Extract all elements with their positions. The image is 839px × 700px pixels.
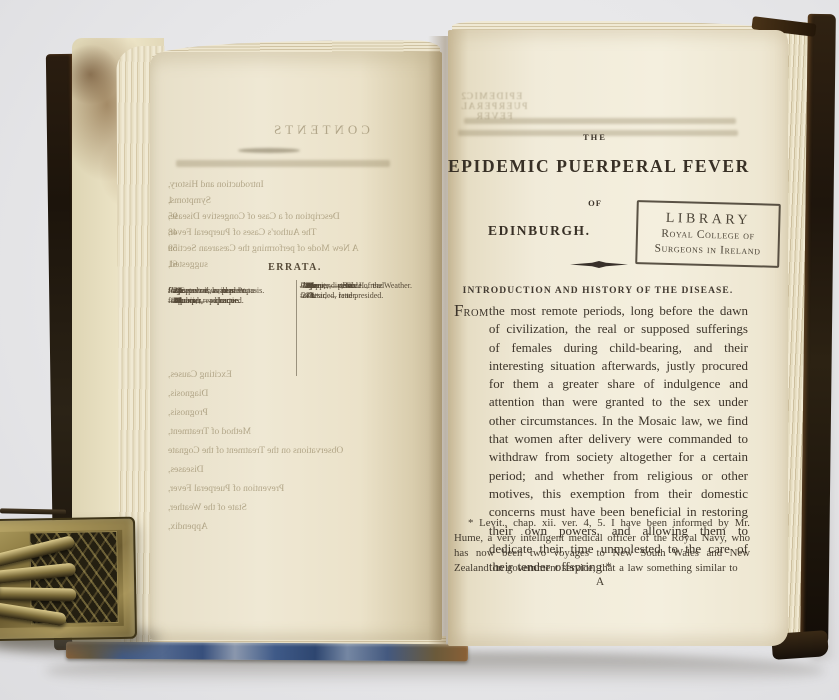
ghost-line-text: Diseases, [168, 465, 204, 475]
showthrough-text-bar [176, 160, 390, 167]
footnote: * Levit., chap. xii. ver. 4, 5. I have b… [454, 516, 750, 576]
left-page: CONTENTS Introduction and History, Sympt… [150, 52, 442, 640]
ghost-line-text: Observations on the Treatment of the Cog… [168, 446, 343, 456]
showthrough-text-bar [464, 118, 736, 124]
ghost-line-text: Prevention of Puerperal Fever, [168, 484, 284, 494]
signature-mark: A [452, 576, 748, 588]
ghost-line-text: Prognosis, [168, 408, 208, 418]
ghost-line-text: State of the Weather, [168, 503, 247, 513]
errata-column-divider [296, 280, 297, 376]
section-heading: INTRODUCTION AND HISTORY OF THE DISEASE. [452, 286, 744, 296]
errata-column-1: Pageline 20.3.for metastois, read metast… [168, 286, 294, 296]
ghost-line-text: Method of Treatment, [168, 427, 251, 437]
page-holder-rod [0, 508, 66, 514]
ghost-line-text: A New Mode of performing the Cæsarean Se… [168, 244, 359, 254]
library-stamp-line3: Surgeons in Ireland [637, 241, 777, 259]
half-title-the: THE [452, 132, 738, 142]
library-stamp: LIBRARY Royal College of Surgeons in Ire… [635, 200, 781, 268]
swelled-rule-ornament [570, 261, 628, 268]
errata-row-continuation: Table of the Weather. [300, 281, 426, 291]
half-title-place: EDINBURGH. [488, 223, 591, 239]
ghost-line-text: Symptoms, [168, 196, 211, 206]
ghost-line-text: Description of a Case of Congestive Dise… [168, 212, 340, 222]
half-title-main: EPIDEMIC PUERPERAL FEVER [448, 156, 748, 177]
ghost-line-text: Diagnosis, [168, 389, 208, 399]
brass-page-holder [0, 517, 137, 642]
errata-heading: ERRATA. [180, 262, 410, 273]
errata-column-2: Pageline 179.21.— excite, — existe. 192.… [300, 281, 426, 291]
ghost-line-text: The Author's Cases of Puerperal Fever, [168, 228, 317, 238]
ghost-line-text: Exciting Causes, [168, 370, 232, 380]
right-page: 2 EPIDEMIC PUERPERAL FEVER THE EPIDEMIC … [448, 30, 788, 646]
showthrough-ornament [238, 148, 300, 153]
ghost-line-text: Introduction and History, [168, 180, 264, 190]
body-paragraph: FROM the most remote periods, long befor… [454, 302, 748, 323]
errata-row-continuation: laribus. [168, 286, 294, 296]
photo-backdrop: CONTENTS Introduction and History, Sympt… [0, 0, 839, 700]
showthrough-contents-bottom: Exciting Causes, Diagnosis, Prognosis, M… [168, 370, 424, 541]
brass-grip-ridge [0, 587, 76, 602]
ghost-line-text: Appendix, [168, 522, 208, 532]
